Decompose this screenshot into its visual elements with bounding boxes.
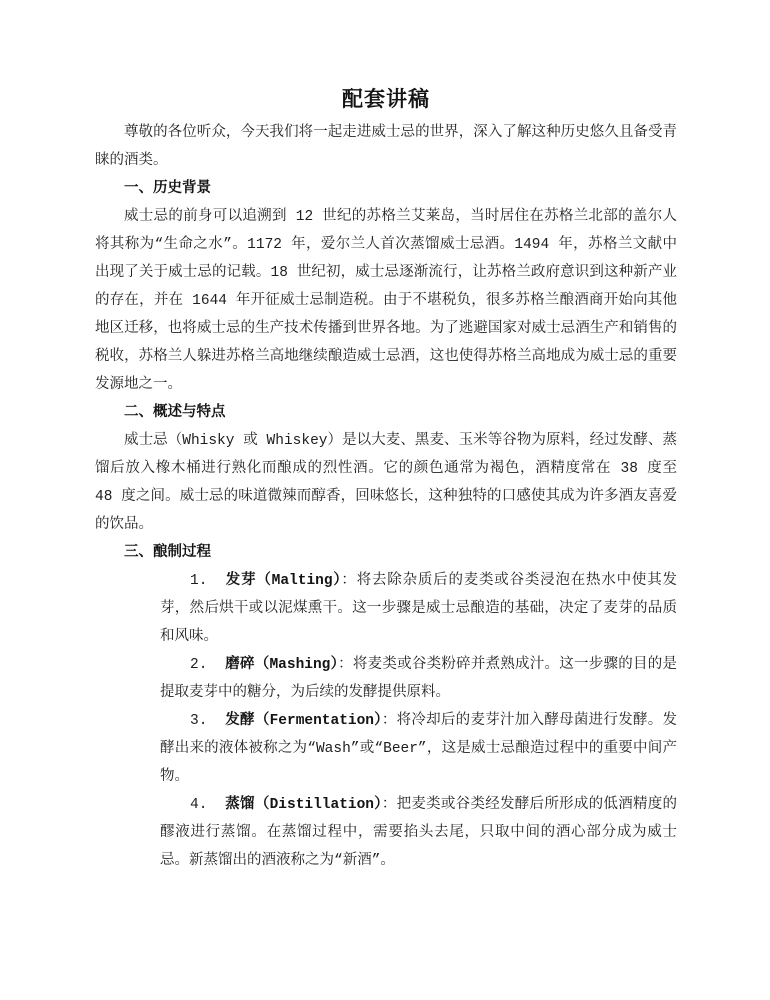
- step-colon: ：: [382, 797, 397, 813]
- intro-paragraph: 尊敬的各位听众，今天我们将一起走进威士忌的世界，深入了解这种历史悠久且备受青睐的…: [95, 119, 677, 175]
- process-step-distillation: 4.蒸馏（Distillation）：把麦类或谷类经发酵后所形成的低酒精度的醪液…: [160, 791, 677, 875]
- step-term: 发芽（Malting）: [225, 573, 341, 589]
- step-colon: ：: [341, 573, 356, 589]
- section-paragraph-overview: 威士忌（Whisky 或 Whiskey）是以大麦、黑麦、玉米等谷物为原料，经过…: [95, 427, 677, 539]
- document-title: 配套讲稿: [95, 88, 677, 115]
- step-term: 发酵（Fermentation）: [225, 713, 382, 729]
- step-number: 4.: [175, 791, 225, 819]
- process-step-mashing: 2.磨碎（Mashing）：将麦类或谷类粉碎并煮熟成汁。这一步骤的目的是提取麦芽…: [160, 651, 677, 707]
- step-number: 3.: [175, 707, 225, 735]
- section-heading-overview: 二、概述与特点: [95, 399, 677, 427]
- step-number: 2.: [175, 651, 225, 679]
- step-term: 磨碎（Mashing）: [225, 657, 338, 673]
- step-term: 蒸馏（Distillation）: [225, 797, 382, 813]
- process-step-fermentation: 3.发酵（Fermentation）：将冷却后的麦芽汁加入酵母菌进行发酵。发酵出…: [160, 707, 677, 791]
- section-heading-process: 三、酿制过程: [95, 539, 677, 567]
- step-number: 1.: [175, 567, 225, 595]
- step-colon: ：: [338, 657, 353, 673]
- step-colon: ：: [382, 713, 397, 729]
- document-page: 配套讲稿 尊敬的各位听众，今天我们将一起走进威士忌的世界，深入了解这种历史悠久且…: [0, 0, 770, 1000]
- section-paragraph-history: 威士忌的前身可以追溯到 12 世纪的苏格兰艾莱岛，当时居住在苏格兰北部的盖尔人将…: [95, 203, 677, 399]
- section-heading-history: 一、历史背景: [95, 175, 677, 203]
- process-step-malting: 1.发芽（Malting）：将去除杂质后的麦类或谷类浸泡在热水中使其发芽，然后烘…: [160, 567, 677, 651]
